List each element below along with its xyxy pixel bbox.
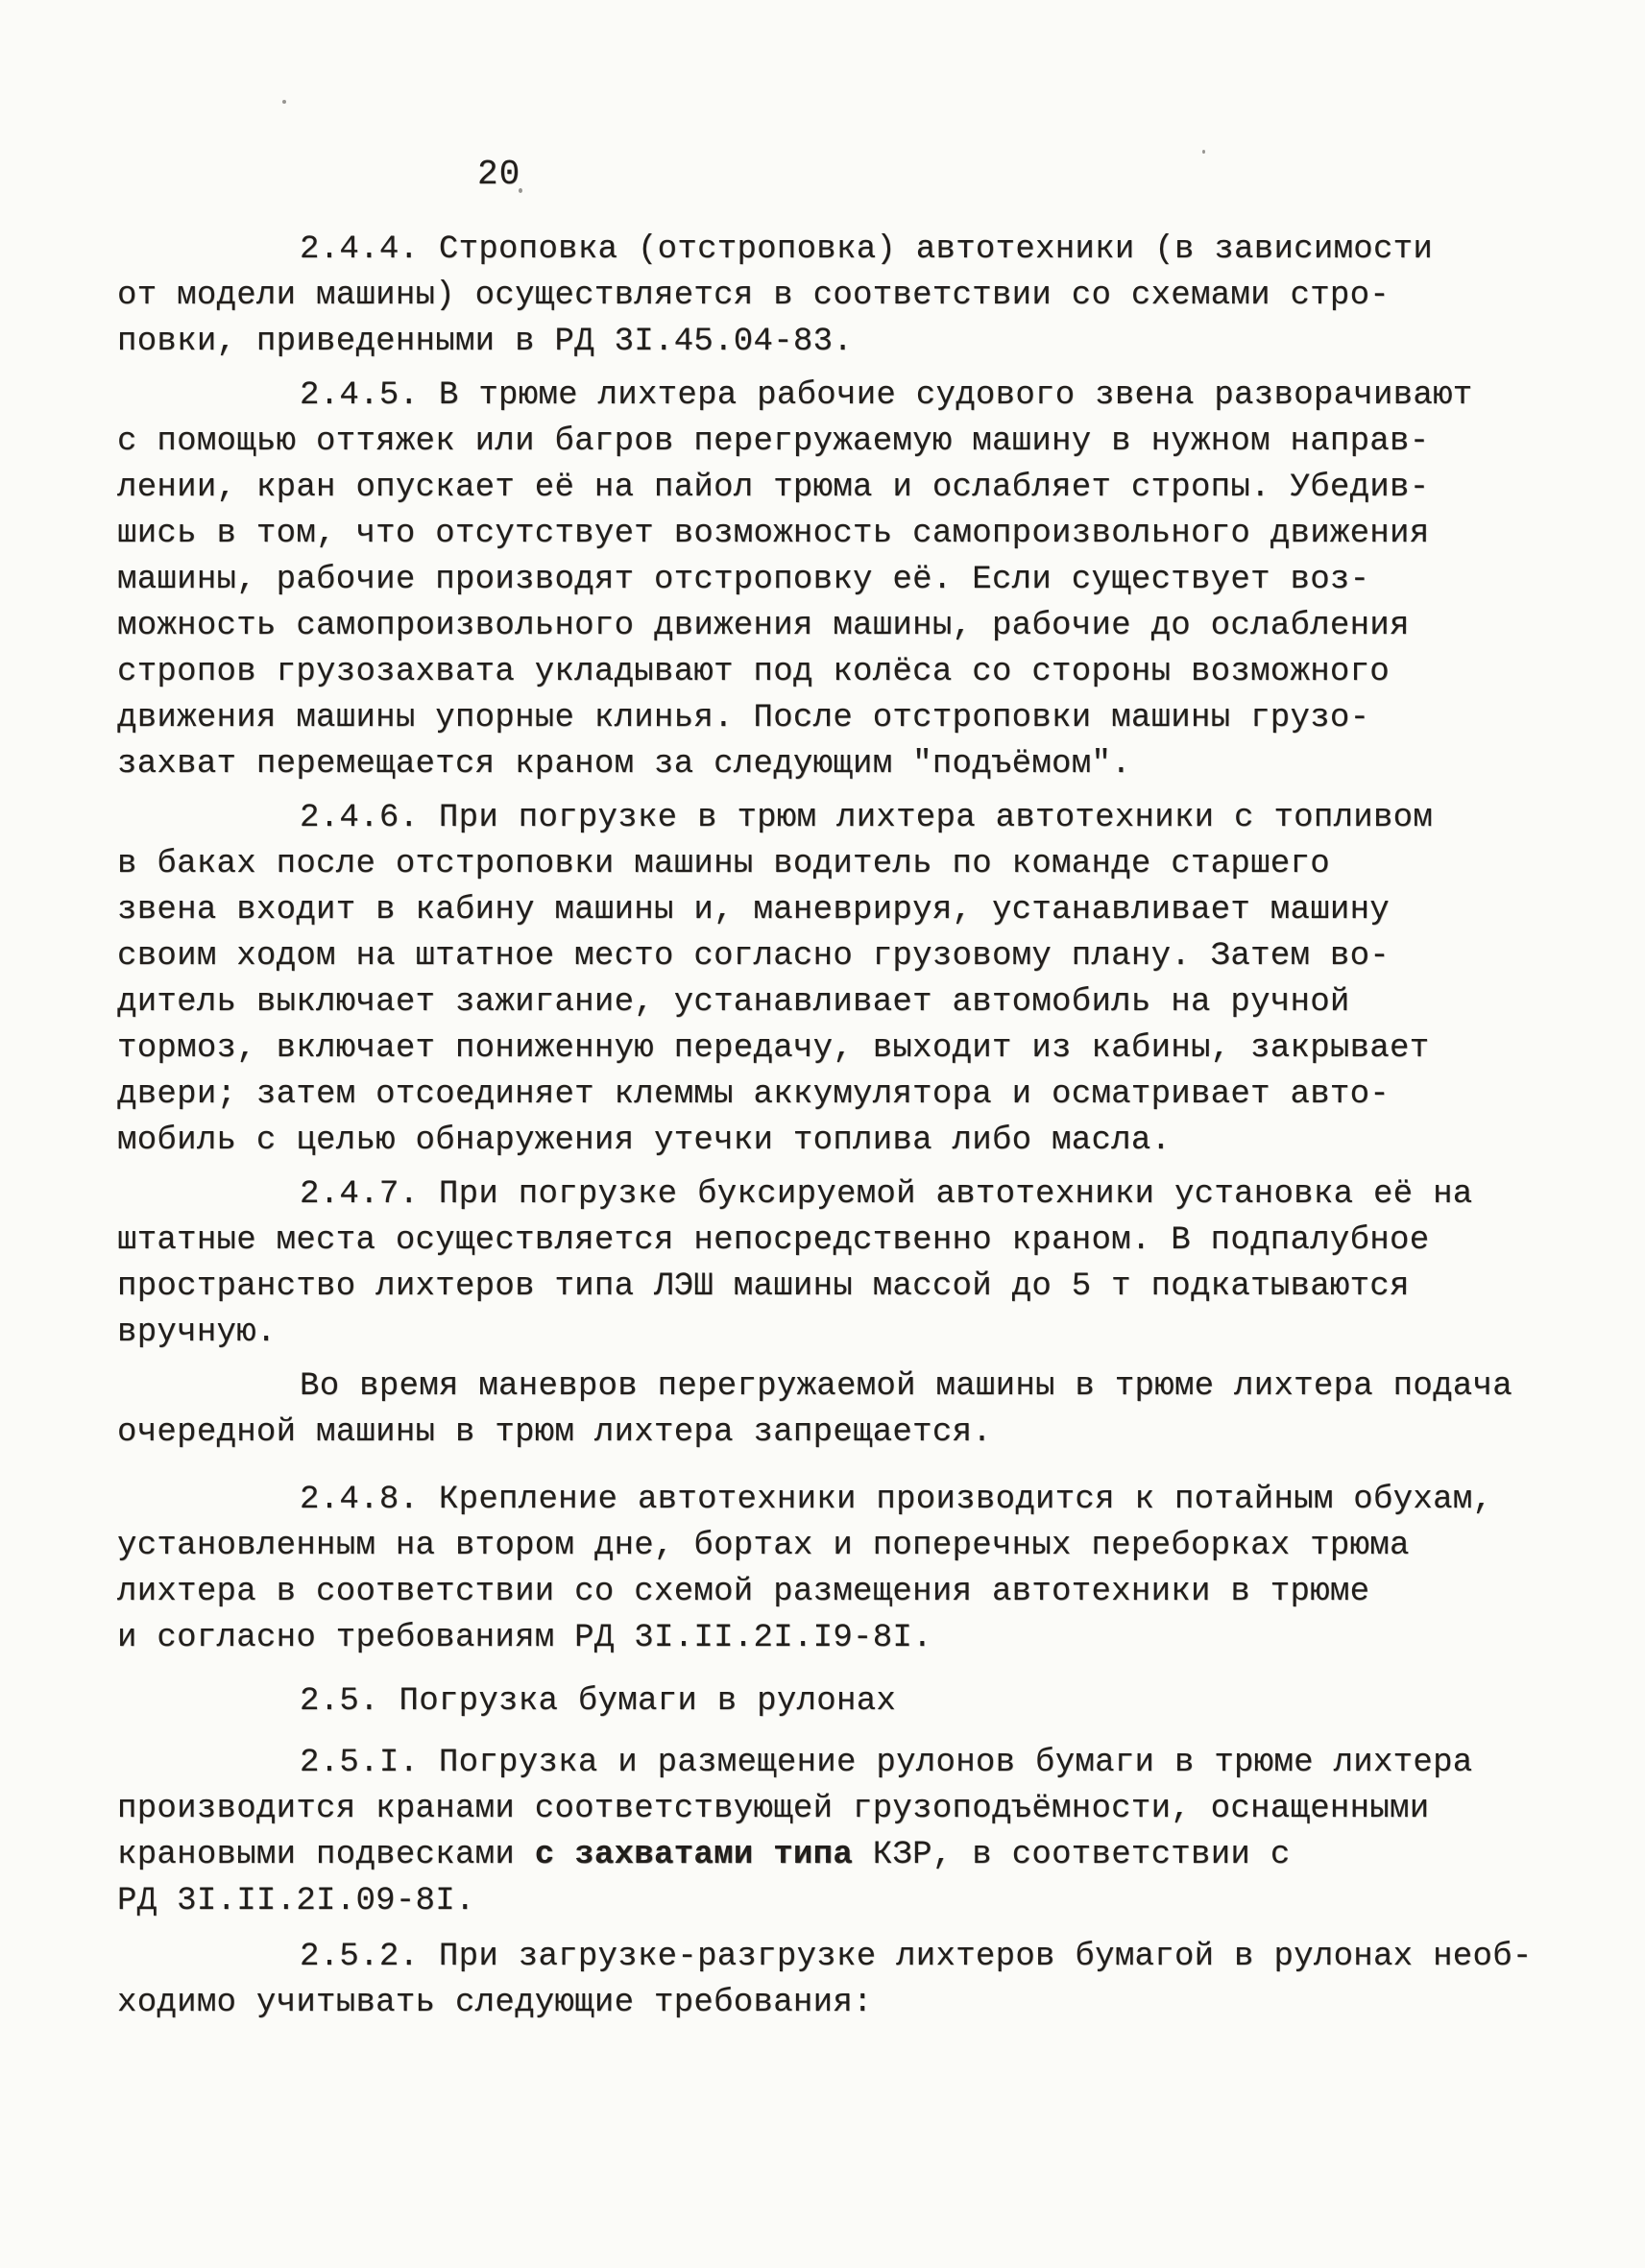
paragraph-2.4.5: 2.4.5. В трюме лихтера рабочие судового … <box>117 373 1616 787</box>
text-segment: двери; затем отсоединяет клеммы аккумуля… <box>117 1076 1390 1113</box>
text-line: РД 3I.II.2I.09-8I. <box>117 1878 1616 1924</box>
paragraph-2.4.4: 2.4.4. Строповка (отстроповка) автотехни… <box>117 227 1616 365</box>
text-segment: в баках после отстроповки машины водител… <box>117 846 1330 882</box>
text-segment: стропов грузозахвата укладывают под колё… <box>117 654 1390 690</box>
text-segment: 2.4.4. Строповка (отстроповка) автотехни… <box>300 231 1433 268</box>
text-line: 2.4.5. В трюме лихтера рабочие судового … <box>117 373 1616 419</box>
text-segment: шись в том, что отсутствует возможность … <box>117 516 1429 552</box>
text-line: очередной машины в трюм лихтера запрещае… <box>117 1410 1616 1456</box>
text-segment: лении, кран опускает её на пайол трюма и… <box>117 470 1429 506</box>
text-line: 2.4.6. При погрузке в трюм лихтера автот… <box>117 795 1616 841</box>
text-segment: 2.4.7. При погрузке буксируемой автотехн… <box>300 1176 1473 1213</box>
text-segment: повки, приведенными в РД 3I.45.04-83. <box>117 324 853 360</box>
text-line: мобиль с целью обнаружения утечки топлив… <box>117 1118 1616 1164</box>
text-line: можность самопроизвольного движения маши… <box>117 603 1616 649</box>
text-line: стропов грузозахвата укладывают под колё… <box>117 649 1616 695</box>
text-segment: движения машины упорные клинья. После от… <box>117 700 1369 736</box>
text-line: 2.5. Погрузка бумаги в рулонах <box>117 1678 1616 1725</box>
scan-speck <box>1202 150 1205 154</box>
paragraph-note: Во время маневров перегружаемой машины в… <box>117 1363 1616 1456</box>
text-segment: тормоз, включает пониженную передачу, вы… <box>117 1030 1429 1067</box>
text-line: 2.4.7. При погрузке буксируемой автотехн… <box>117 1171 1616 1218</box>
text-line: 2.4.8. Крепление автотехники производитс… <box>117 1477 1616 1523</box>
text-segment: 2.5.2. При загрузке-разгрузке лихтеров б… <box>300 1939 1533 1975</box>
text-line: машины, рабочие производят отстроповку е… <box>117 557 1616 603</box>
text-segment: штатные места осуществляется непосредств… <box>117 1222 1429 1259</box>
text-line: с помощью оттяжек или багров перегружаем… <box>117 419 1616 465</box>
text-line: тормоз, включает пониженную передачу, вы… <box>117 1025 1616 1072</box>
text-line: своим ходом на штатное место согласно гр… <box>117 933 1616 979</box>
text-line: штатные места осуществляется непосредств… <box>117 1218 1616 1264</box>
text-segment: от модели машины) осуществляется в соотв… <box>117 277 1390 314</box>
text-segment: пространство лихтеров типа ЛЭШ машины ма… <box>117 1268 1410 1305</box>
text-segment: мобиль с целью обнаружения утечки топлив… <box>117 1122 1171 1159</box>
bold-text-segment: с захватами типа <box>535 1837 853 1873</box>
text-line: двери; затем отсоединяет клеммы аккумуля… <box>117 1072 1616 1118</box>
text-line: звена входит в кабину машины и, маневрир… <box>117 887 1616 933</box>
text-line: производится кранами соответствующей гру… <box>117 1786 1616 1832</box>
text-line: вручную. <box>117 1310 1616 1356</box>
paragraph-2.4.8: 2.4.8. Крепление автотехники производитс… <box>117 1477 1616 1661</box>
text-segment: КЗР, в соответствии с <box>853 1837 1290 1873</box>
scan-speck <box>519 188 522 193</box>
paragraph-2.5: 2.5. Погрузка бумаги в рулонах <box>117 1678 1616 1725</box>
paragraph-2.4.7: 2.4.7. При погрузке буксируемой автотехн… <box>117 1171 1616 1356</box>
text-line: ходимо учитывать следующие требования: <box>117 1980 1616 2026</box>
text-line: и согласно требованиям РД 3I.II.2I.I9-8I… <box>117 1615 1616 1661</box>
text-segment: очередной машины в трюм лихтера запрещае… <box>117 1414 992 1451</box>
text-line: движения машины упорные клинья. После от… <box>117 695 1616 741</box>
paragraph-2.5.1: 2.5.I. Погрузка и размещение рулонов бум… <box>117 1740 1616 1924</box>
paragraph-2.5.2: 2.5.2. При загрузке-разгрузке лихтеров б… <box>117 1934 1616 2026</box>
text-line: установленным на втором дне, бортах и по… <box>117 1523 1616 1569</box>
text-segment: установленным на втором дне, бортах и по… <box>117 1528 1410 1564</box>
text-segment: машины, рабочие производят отстроповку е… <box>117 562 1369 598</box>
text-line: Во время маневров перегружаемой машины в… <box>117 1363 1616 1410</box>
text-line: лении, кран опускает её на пайол трюма и… <box>117 465 1616 511</box>
text-line: дитель выключает зажигание, устанавливае… <box>117 979 1616 1025</box>
text-segment: производится кранами соответствующей гру… <box>117 1791 1429 1827</box>
text-segment: звена входит в кабину машины и, маневрир… <box>117 892 1390 929</box>
text-line: пространство лихтеров типа ЛЭШ машины ма… <box>117 1264 1616 1310</box>
document: 20 2.4.4. Строповка (отстроповка) автоте… <box>0 0 1645 2026</box>
text-segment: 2.5. Погрузка бумаги в рулонах <box>300 1683 896 1720</box>
text-line: 2.5.I. Погрузка и размещение рулонов бум… <box>117 1740 1616 1786</box>
text-line: повки, приведенными в РД 3I.45.04-83. <box>117 319 1616 365</box>
scan-speck <box>282 100 286 104</box>
text-segment: 2.4.8. Крепление автотехники производитс… <box>300 1482 1492 1518</box>
page-number: 20 <box>117 152 1616 198</box>
document-page: 20 2.4.4. Строповка (отстроповка) автоте… <box>0 0 1645 2268</box>
text-line: шись в том, что отсутствует возможность … <box>117 511 1616 557</box>
text-segment: и согласно требованиям РД 3I.II.2I.I9-8I… <box>117 1620 932 1656</box>
text-segment: с помощью оттяжек или багров перегружаем… <box>117 423 1429 460</box>
text-segment: крановыми подвесками <box>117 1837 535 1873</box>
text-segment: вручную. <box>117 1315 277 1351</box>
text-line: крановыми подвесками с захватами типа КЗ… <box>117 1832 1616 1878</box>
text-line: лихтера в соответствии со схемой размеще… <box>117 1569 1616 1615</box>
text-line: захват перемещается краном за следующим … <box>117 741 1616 787</box>
text-segment: 2.4.6. При погрузке в трюм лихтера автот… <box>300 800 1433 836</box>
text-segment: РД 3I.II.2I.09-8I. <box>117 1883 475 1919</box>
text-segment: можность самопроизвольного движения маши… <box>117 608 1410 644</box>
text-segment: захват перемещается краном за следующим … <box>117 746 1131 783</box>
text-line: в баках после отстроповки машины водител… <box>117 841 1616 887</box>
paragraph-2.4.6: 2.4.6. При погрузке в трюм лихтера автот… <box>117 795 1616 1164</box>
text-segment: Во время маневров перегружаемой машины в… <box>300 1368 1512 1405</box>
text-segment: своим ходом на штатное место согласно гр… <box>117 938 1390 975</box>
text-segment: 2.5.I. Погрузка и размещение рулонов бум… <box>300 1745 1473 1781</box>
text-segment: ходимо учитывать следующие требования: <box>117 1985 873 2021</box>
text-segment: 2.4.5. В трюме лихтера рабочие судового … <box>300 377 1473 414</box>
text-segment: лихтера в соответствии со схемой размеще… <box>117 1574 1369 1610</box>
text-line: 2.5.2. При загрузке-разгрузке лихтеров б… <box>117 1934 1616 1980</box>
text-segment: дитель выключает зажигание, устанавливае… <box>117 984 1350 1021</box>
text-line: от модели машины) осуществляется в соотв… <box>117 273 1616 319</box>
text-line: 2.4.4. Строповка (отстроповка) автотехни… <box>117 227 1616 273</box>
document-body: 2.4.4. Строповка (отстроповка) автотехни… <box>117 227 1616 2026</box>
